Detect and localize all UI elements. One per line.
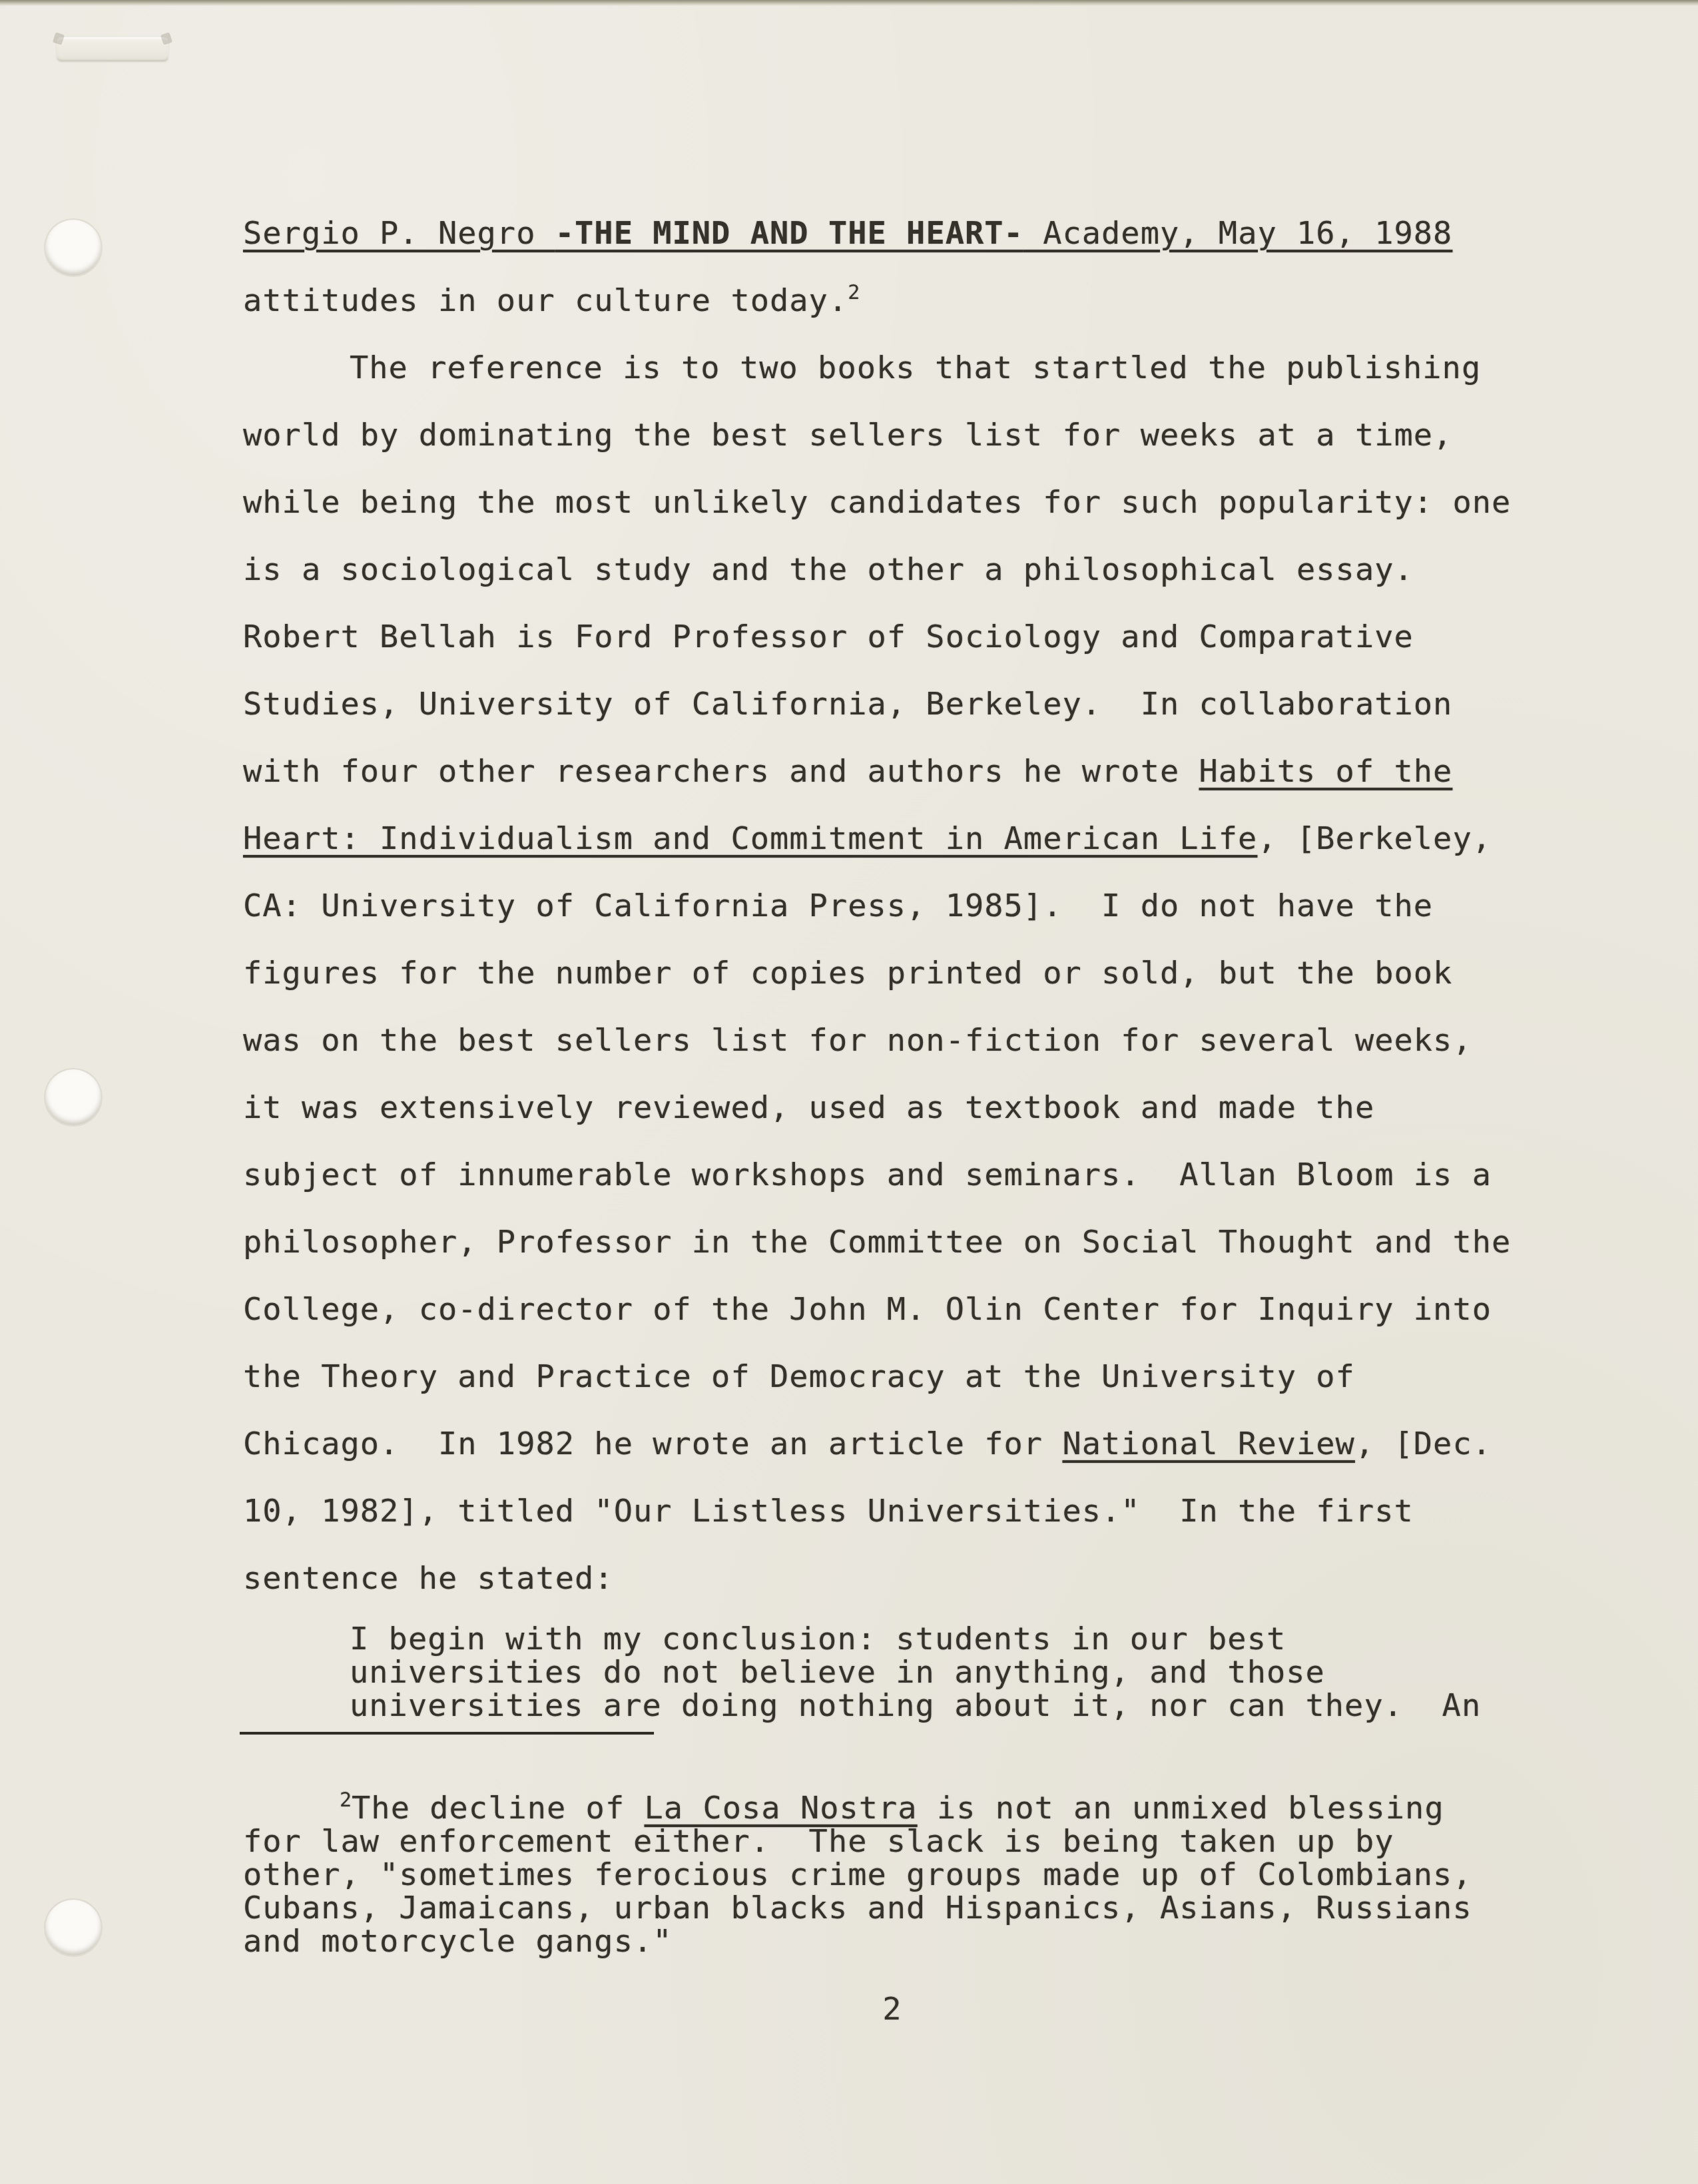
text-line: Heart: Individualism and Commitment in A…	[243, 805, 1542, 872]
text-line: 10, 1982], titled "Our Listless Universi…	[243, 1478, 1542, 1545]
text-line: universities are doing nothing about it,…	[350, 1689, 1542, 1723]
scan-top-edge	[0, 0, 1698, 6]
text-line: with four other researchers and authors …	[243, 738, 1542, 805]
text-line: subject of innumerable workshops and sem…	[243, 1141, 1542, 1209]
document-content: Sergio P. Negro -THE MIND AND THE HEART-…	[243, 200, 1542, 2026]
text-line: 2The decline of La Cosa Nostra is not an…	[243, 1792, 1542, 1825]
text-line: world by dominating the best sellers lis…	[243, 402, 1542, 469]
text-line: universities do not believe in anything,…	[350, 1656, 1542, 1689]
text-line: Robert Bellah is Ford Professor of Socio…	[243, 603, 1542, 671]
text-line: College, co-director of the John M. Olin…	[243, 1276, 1542, 1343]
main-paragraph: The reference is to two books that start…	[243, 334, 1542, 1612]
footnote-separator-rule	[240, 1732, 654, 1735]
text-line: philosopher, Professor in the Committee …	[243, 1209, 1542, 1276]
text-line: Cubans, Jamaicans, urban blacks and Hisp…	[243, 1892, 1542, 1925]
intro-carryover-line: attitudes in our culture today.2	[243, 267, 1542, 334]
punch-hole	[45, 220, 101, 276]
text-line: I begin with my conclusion: students in …	[350, 1623, 1542, 1656]
staple-mark	[57, 37, 168, 61]
text-line: Sergio P. Negro -THE MIND AND THE HEART-…	[243, 200, 1542, 267]
text-line: figures for the number of copies printed…	[243, 940, 1542, 1007]
text-line: is a sociological study and the other a …	[243, 536, 1542, 603]
page-number: 2	[882, 1991, 902, 2028]
punch-hole	[45, 1900, 101, 1956]
block-quote: I begin with my conclusion: students in …	[350, 1623, 1542, 1723]
page-number-row: 2	[243, 1993, 1542, 2026]
text-line: while being the most unlikely candidates…	[243, 469, 1542, 536]
text-line: sentence he stated:	[243, 1545, 1542, 1612]
text-line: for law enforcement either. The slack is…	[243, 1825, 1542, 1858]
text-line: The reference is to two books that start…	[243, 334, 1542, 402]
text-line: it was extensively reviewed, used as tex…	[243, 1074, 1542, 1141]
footnote: 2The decline of La Cosa Nostra is not an…	[243, 1792, 1542, 1958]
text-line: and motorcycle gangs."	[243, 1925, 1542, 1958]
text-line: other, "sometimes ferocious crime groups…	[243, 1858, 1542, 1892]
text-line: attitudes in our culture today.2	[243, 267, 1542, 334]
text-line: CA: University of California Press, 1985…	[243, 872, 1542, 940]
document-header: Sergio P. Negro -THE MIND AND THE HEART-…	[243, 200, 1542, 267]
text-line: Studies, University of California, Berke…	[243, 671, 1542, 738]
punch-hole	[45, 1069, 101, 1125]
text-line: the Theory and Practice of Democracy at …	[243, 1343, 1542, 1410]
text-line: was on the best sellers list for non-fic…	[243, 1007, 1542, 1074]
document-page: Sergio P. Negro -THE MIND AND THE HEART-…	[0, 0, 1698, 2184]
text-line: Chicago. In 1982 he wrote an article for…	[243, 1410, 1542, 1478]
